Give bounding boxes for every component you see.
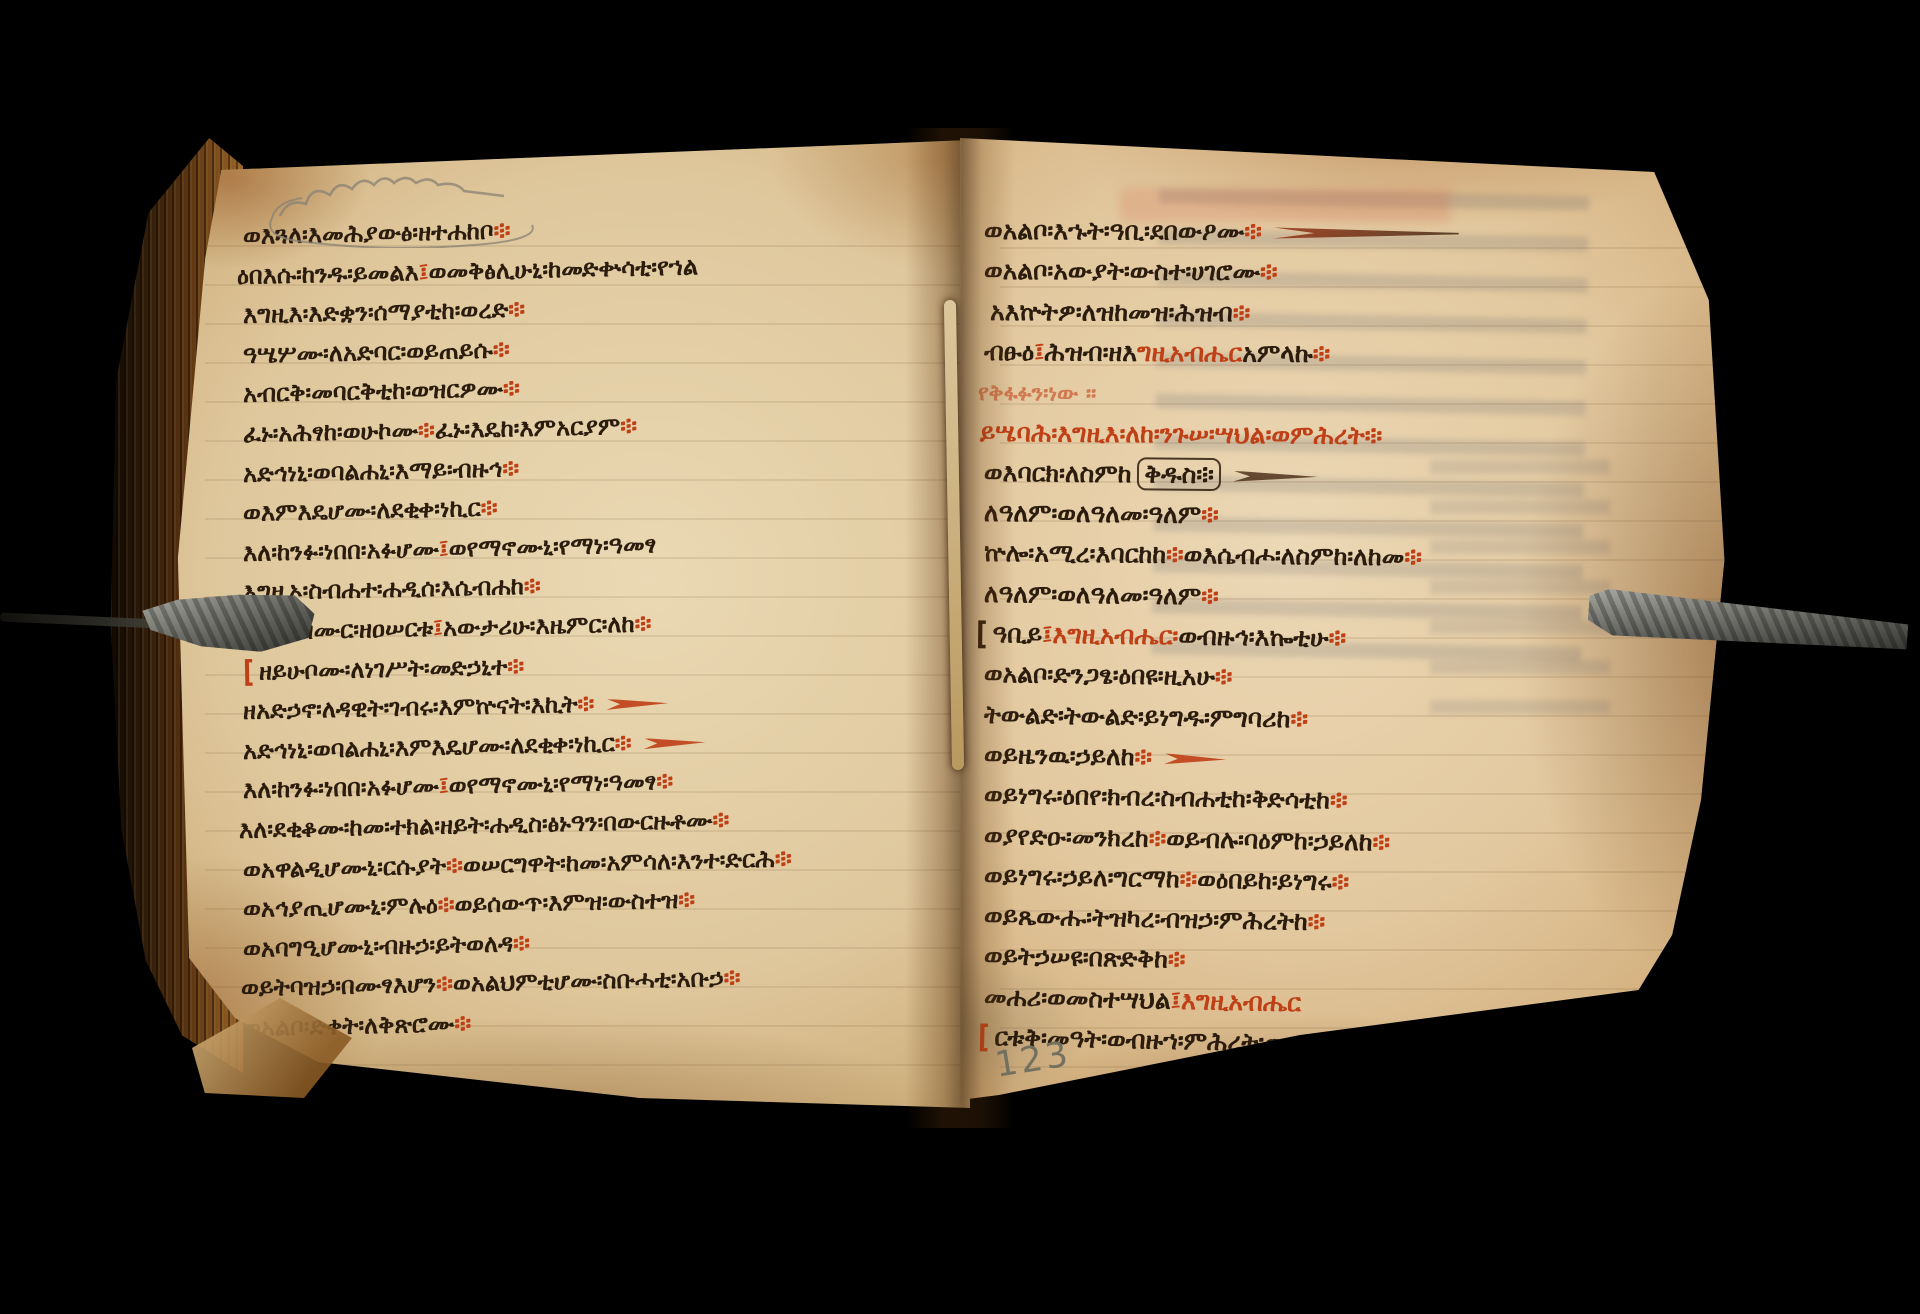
rubric-text: ፨ [480,494,497,522]
rubric-text: ፨ [454,1009,471,1037]
right-line-8: ለዓለም፡ወለዓለመ፡ዓለም፨ [984,500,1219,527]
rubric-text: ፤ [433,614,443,642]
ink-text: ወዕበይከ፡ይነግሩ [1197,865,1332,896]
ink-text: ወእሴብሖ፡ለስምከ፡ለከመ [1184,540,1405,571]
right-line-18: ወይጼውሑ፡ትዝካረ፡ብዝኃ፡ምሕረትከ፨ [984,903,1326,934]
ink-text: ወአኅያጢሆሙኒ፡ምሉዕ [243,891,438,923]
rubric-text: ፨ [503,375,520,403]
right-line-2: ወአልቦ፡አውያት፡ውስተ፡ሀገሮሙ፨ [984,258,1278,284]
ink-text: ለዓለም፡ወለዓለመ፡ዓለም [984,579,1202,610]
right-line-12: ወአልቦ፡ድንጋፄ፡ዕበዩ፡ዚአሁ፨ [984,661,1233,689]
rubric-text: ፨ [1215,662,1233,691]
pale-rubric-text: የቅፋፉን፡ነው ፡፡ [978,381,1096,407]
rubric-text: ፨ [507,652,524,680]
ink-text: እግዚእ፡እድቋን፡ሰማያቲከ፡ወረድ [243,296,509,330]
rubric-text: ፨ [1201,581,1219,610]
ink-text: ወአልቦ፡ድንጋፄ፡ዕበዩ፡ዚአሁ [984,659,1215,691]
ink-text: አድኅነኒ፡ወባልሐኒ፡እማይ፡ብዙኅ [243,454,503,487]
ink-text: ወየማኖሙኒ፡የማነ፡ዓመፃ [448,768,656,800]
ink-text: ሕዝብ፡ዘእ [1044,337,1137,367]
rubric-text: ፨ [1307,907,1325,936]
ink-text: ወይነግሩ፡ኃይለ፡ግርማከ [984,861,1180,893]
rubric-text: ፨ [502,454,519,482]
ink-text: ወአባግዒሆሙኒ፡ብዙኃ፡ይትወለዳ [243,929,514,963]
ink-text: ወይሰውጥ፡እምዝ፡ውስተዝ [454,886,678,919]
rubric-text: ፨ [620,412,637,440]
pointer-mark [643,737,705,749]
ink-text: ዘይሁቦሙ፡ለነገሥት፡መድኃኒተ [259,652,508,685]
rubric-text: ፨ [712,806,729,834]
rubric-text: ፨ [446,851,463,879]
rubric-text: ፤ [439,534,449,562]
rubric-text: ፨ [1201,500,1219,529]
left-line-3: እግዚእ፡እድቋን፡ሰማያቲከ፡ወረድ፨ [243,297,526,327]
rubric-text: ፨ [1332,1029,1350,1058]
ink-text: ወአልቦ፡አውያት፡ውስተ፡ሀገሮሙ [984,256,1260,286]
rubric-text: ፨ [524,572,541,600]
rubric-text: [ [243,656,255,686]
ink-text: አውታሪሁ፡እዜምር፡ለከ [443,610,635,642]
pointer-mark [1274,227,1459,241]
ink-text: ፈኑ፡እዴከ፡እምአርያም [435,412,621,444]
left-line-4: ዓሤሦሙ፡ለአድባር፡ወይጠይሱ፨ [243,337,510,367]
rubric-text: ፨ [775,844,792,872]
right-line-1: ወአልቦ፡እኁት፡ዓቢ፡ደበውዖሙ፨ [984,218,1459,245]
ink-text: ወብዙኅ፡እኰቲሁ [1178,621,1329,652]
right-line-16: ወያየድዑ፡መንክረከ፨ወይብሉ፡ባዕምከ፡ኃይለከ፨ [984,823,1391,855]
rubric-text: ፨ [577,690,594,718]
photograph-of-open-manuscript: ወእጓለ፡እመሕያውፅ፡ዘተሐከቦ፨ዕበእሱ፡ከንዱ፡ይመልእ፤ወመቅፅሊሁኒ፡… [0,0,1920,1314]
right-line-14: ወይዜንዉ፡ኃይለከ፨ [984,742,1226,771]
right-line-3: አእኵትዎ፡ለዝከመዝ፡ሕዝብ፨ [990,299,1250,325]
ink-text: ዓቢይ [992,619,1042,649]
ink-text: ወእባርክ፡ለስምከ [984,458,1132,488]
left-line-19: ወአባግዒሆሙኒ፡ብዙኃ፡ይትወለዳ፨ [243,931,530,961]
right-line-9: ኵሎ፡አሚረ፡እባርከከ፨ወእሴብሖ፡ለስምከ፡ለከመ፨ [984,540,1422,570]
ink-text: ፈኑ፡አሕፃከ፡ወሁኮሙ [243,416,419,448]
ink-text: ወይብሉ፡ባዕምከ፡ኃይለከ [1166,824,1373,856]
rubric-text: ፨ [1168,945,1186,974]
rubric-text: እግዚአብሔር፡ [1052,620,1178,651]
right-line-10: ለዓለም፡ወለዓለመ፡ዓለም፨ [984,581,1219,609]
ink-text: ለዓለም፡ወለዓለመ፡ዓለም [984,498,1201,529]
rubric-text: ፨ [1149,823,1167,852]
rubric-text: ፨ [1328,623,1346,652]
left-line-7: አድኅነኒ፡ወባልሐኒ፡እማይ፡ብዙኅ፨ [243,456,520,486]
ink-text: ወይጼውሑ፡ትዝካረ፡ብዝኃ፡ምሕረትከ [984,901,1308,936]
rubric-text: ፨ [1365,421,1383,450]
rubric-text: ፨ [1179,864,1197,893]
right-line-15: ወይነግሩ፡ዕበየ፡ክብረ፡ስብሐቲከ፡ቅድሳቲከ፨ [984,782,1348,813]
ink-text: እለ፡ከንፉ፡ነበበ፡አፉሆሙ [243,535,439,567]
rubric-text: እግዚአብሔር [1181,986,1302,1017]
rubric-text: ፨ [1260,258,1278,287]
ink-text: ትውልድ፡ትውልድ፡ይነግዱ፡ምግባሪከ [984,700,1291,733]
rubric-text: ፨ [614,729,631,757]
rubric-text: ፨ [634,609,651,637]
right-line-6: ይሤባሕ፡እግዚእ፡ለከ፡ንጉሠ፡ሣህል፡ወምሕረት፨ [980,420,1382,448]
pencil-scribble [258,170,568,248]
ink-text: ወሠርግዋት፡ከመ፡አምሳለ፡እንተ፡ድርሕ [463,844,776,879]
rubric-text: ፨ [723,964,740,992]
ink-text: ወያየድዑ፡መንክረከ [984,821,1149,853]
rubric-text: ፨ [437,891,454,919]
rubric-text: ፨ [1290,704,1308,733]
ink-text: ወይዜንዉ፡ኃይለከ [984,740,1135,771]
right-line-7: ወእባርክ፡ለስምከቅዱስ፨ [984,460,1318,488]
right-line-11: [ዓቢይ፤እግዚአብሔር፡ወብዙኅ፡እኰቲሁ፨ [976,621,1346,651]
ink-text: ወይነግሩ፡ዕበየ፡ክብረ፡ስብሐቲከ፡ቅድሳቲከ [984,780,1330,814]
ink-text: ብፁዕ [984,337,1034,366]
rubric-text: ግዚአብሔር [1137,338,1242,368]
pointer-mark [1164,753,1226,765]
right-line-13: ትውልድ፡ትውልድ፡ይነግዱ፡ምግባሪከ፨ [984,702,1308,732]
ink-text: ዓሤሦሙ፡ለአድባር፡ወይጠይሱ [243,336,493,369]
rubric-text: ፨ [508,295,525,323]
ink-text: ወይትኃሠዩ፡በጽድቅከ [984,941,1168,974]
ink-text: አእኵትዎ፡ለዝከመዝ፡ሕዝብ [990,297,1233,327]
ink-text: እለ፡ከንፉ፡ነበበ፡አፉሆሙ [243,772,439,804]
rubric-text: ፨ [1404,543,1422,572]
right-line-19: ወይትኃሠዩ፡በጽድቅከ፨ [984,943,1186,972]
rubric-text: ፨ [1331,867,1349,896]
rubric-text: [ [978,1021,990,1052]
show-through-text [1430,460,1610,720]
right-line-20: መሐሪ፡ወመስተሣህል፤እግዚአብሔር [984,984,1302,1015]
right-line-5: የቅፋፉን፡ነው ፡፡ [978,379,1096,406]
rubric-text: ፨ [1134,742,1152,771]
rubric-text: ፨ [678,886,695,914]
ink-text: መሐሪ፡ወመስተሣህል [984,982,1171,1015]
rubric-text: ፤ [418,258,428,286]
rubric-text: ፨ [1372,827,1390,856]
rubric-text: ፨ [513,929,530,957]
rubric-text: ፨ [1244,217,1262,246]
ink-text: ወአዋልዲሆሙኒ፡ርሱያት [243,851,447,883]
ink-text: ወአልቦ፡እኁት፡ዓቢ፡ደበውዖሙ [984,216,1244,246]
ink-text: አምላኩ [1242,338,1313,367]
left-line-5: አብርቅ፡መባርቅቲከ፡ወዝርዎሙ፨ [243,377,520,407]
rubric-text: ፨ [1313,339,1331,368]
ink-text: አብርቅ፡መባርቅቲከ፡ወዝርዎሙ [243,375,503,408]
rubric-text: ፨ [1166,540,1184,569]
left-line-8: ወእምእዴሆሙ፡ለደቂቀ፡ነኪር፨ [243,496,498,525]
ink-text: ኵሎ፡አሚረ፡እባርከከ [984,538,1166,569]
rubric-text: ፨ [1330,786,1348,815]
right-line-4: ብፁዕ፤ሕዝብ፡ዘእግዚአብሔርአምላኩ፨ [984,339,1330,366]
ink-text: ወእምእዴሆሙ፡ለደቂቀ፡ነኪር [243,494,481,527]
pointer-mark [606,698,668,710]
ink-text: [ [976,618,988,649]
ink-text: ወመቅፅሊሁኒ፡ከመድቍሳቲ፡የኀል [428,252,698,286]
left-line-12: [ዘይሁቦሙ፡ለነገሥት፡መድኃኒተ፨ [243,654,525,684]
ink-text: ወየማኖሙኒ፡የማነ፡ዓመፃ [448,530,656,562]
rubric-text: ፤ [1170,985,1181,1014]
ink-text: ቅዱስ፨ [1137,457,1221,491]
right-line-17: ወይነግሩ፡ኃይለ፡ግርማከ፨ወዕበይከ፡ይነግሩ፨ [984,863,1350,894]
pointer-mark [1233,470,1318,482]
ink-text: ወይትባዝኃ፡በሙፃእሆን [241,970,437,1002]
rubric-text: ፨ [436,970,453,998]
rubric-text: ፨ [418,416,435,444]
ink-text: ዕበእሱ፡ከንዱ፡ይመልእ [237,258,419,290]
rubric-text: ፨ [1233,298,1251,327]
rubric-text: ፨ [492,335,509,363]
rubric-text: ፤ [439,772,449,800]
rubric-text: ይሤባሕ፡እግዚእ፡ለከ፡ንጉሠ፡ሣህል፡ወምሕረት [980,418,1365,450]
rubric-text: ፨ [656,767,673,795]
